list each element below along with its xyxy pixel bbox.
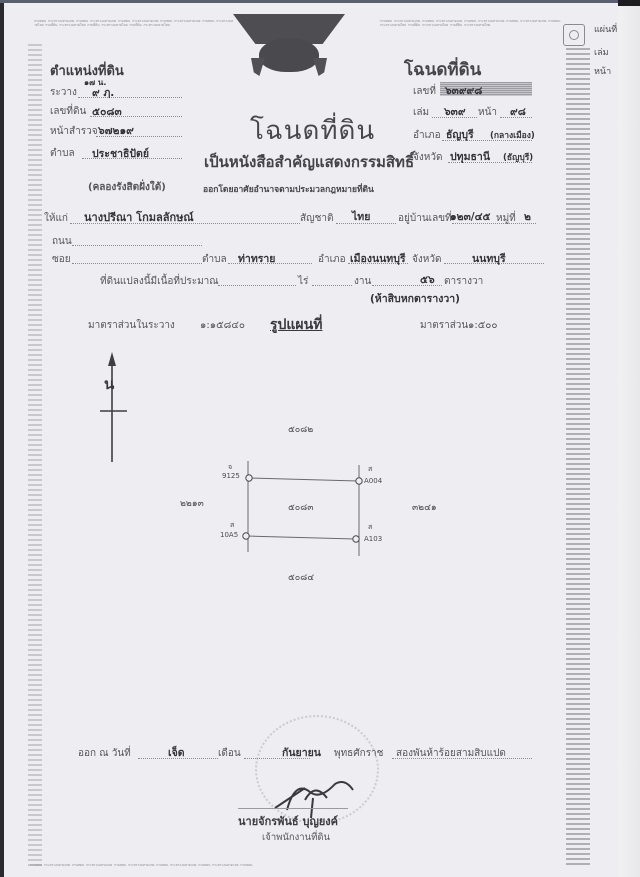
officer-name: นายจักรพันธ์ บุญยงค์ (238, 812, 338, 830)
house-no-label: อยู่บ้านเลขที่ (398, 211, 452, 226)
marker-code-bl: ส (230, 520, 234, 531)
area-wa-label: ตารางวา (444, 274, 483, 289)
canal-note: (คลองรังสิตฝั่งใต้) (88, 180, 166, 195)
area-wa-value: ๕๖ (420, 271, 435, 288)
deed-subtitle: เป็นหนังสือสำคัญแสดงกรรมสิทธิ์ (204, 150, 414, 174)
deed-number-label: เลขที่ (413, 84, 436, 99)
security-border-left (28, 44, 42, 866)
marker-code-br: ส (368, 522, 372, 533)
side-label-sheet: แผ่นที่ (594, 22, 617, 36)
deed-number-value: ๖๓๙๙๘ (445, 82, 482, 99)
deed-title: โฉนดที่ดิน (250, 110, 375, 151)
scan-left-edge (0, 0, 4, 877)
neighbor-south: ๕๐๘๔ (288, 570, 314, 584)
page-value: ๙๘ (510, 103, 526, 120)
parcel-no-value: ๕๐๘๓ (92, 103, 122, 120)
north-letter: น (104, 372, 114, 396)
district-label: อำเภอ (318, 252, 346, 267)
province-label: จังหวัด (412, 252, 441, 267)
subdistrict-label: ตำบล (202, 252, 227, 267)
plan-scale-label: มาตราส่วน (420, 318, 468, 333)
ornament-icon (563, 24, 585, 46)
marker-id-tr: A004 (364, 477, 382, 485)
map-sheet-value: ๙ ฦ. (92, 84, 114, 101)
area-in-words: (ห้าสิบหกตารางวา) (370, 290, 460, 307)
area-rai-label: ไร่ (298, 274, 308, 289)
scan-corner (618, 0, 640, 6)
side-label-book: เล่ม (594, 45, 609, 59)
issue-month: กันยายน (282, 744, 321, 761)
neighbor-north: ๕๐๘๒ (288, 422, 313, 436)
side-label-page: หน้า (594, 64, 611, 78)
district-value: เมืองนนทบุรี (350, 250, 406, 267)
deed-title-right: โฉนดที่ดิน (404, 56, 481, 83)
subdistrict-label-left: ตำบล (50, 146, 75, 161)
book-value: ๖๓๙ (444, 103, 466, 120)
province-label-right: จังหวัด (413, 150, 442, 165)
nationality-value: ไทย (352, 208, 370, 225)
book-label: เล่ม (413, 105, 429, 120)
road-label: ถนน (52, 234, 72, 249)
parcel-no-label: เลขที่ดิน (50, 104, 86, 119)
neighbor-east: ๓๒๔๑ (412, 500, 437, 514)
survey-page-label: หน้าสำรวจ (50, 124, 98, 139)
moo-value: ๒ (524, 208, 531, 225)
owner-name: นางปรีณา โกมลลักษณ์ (84, 208, 194, 226)
page-label: หน้า (478, 105, 497, 120)
marker-id-bl: 10A5 (220, 531, 238, 539)
district-value-right: ธัญบุรี (446, 126, 474, 143)
issue-year: สองพันห้าร้อยสามสิบแปด (396, 746, 506, 761)
plan-title: รูปแผนที่ (270, 314, 322, 336)
marker-code-tr: ส (368, 464, 372, 475)
year-label: พุทธศักราช (334, 746, 383, 761)
soi-label: ซอย (52, 252, 71, 267)
security-border-top-left: กรมที่ดิน กระทรวงมหาดไทย กรมที่ดิน กระทร… (34, 20, 234, 38)
map-scale-label: มาตราส่วนในระวาง (88, 318, 175, 333)
area-ngan-label: งาน (354, 274, 371, 289)
marker-id-tl: 9125 (222, 472, 240, 480)
district-label-right: อำเภอ (413, 128, 441, 143)
house-no-value: ๑๒๓/๔๕ (450, 208, 491, 225)
province-note-right: (ธัญบุรี) (503, 150, 533, 164)
scan-right-margin (618, 0, 640, 877)
officer-title: เจ้าพนักงานที่ดิน (262, 830, 330, 845)
neighbor-west: ๒๒๑๓ (180, 496, 204, 510)
issued-at-label: ออก ณ วันที่ (78, 746, 131, 761)
area-intro: ที่ดินแปลงนี้มีเนื้อที่ประมาณ (100, 274, 219, 289)
map-scale-value: ๑:๑๕๘๔๐ (200, 318, 245, 333)
security-border-bottom: กรมที่ดิน กระทรวงมหาดไทย กรมที่ดิน กระทร… (30, 864, 530, 868)
moo-label: หมู่ที่ (496, 211, 516, 226)
province-value: นนทบุรี (472, 250, 506, 267)
province-value-right: ปทุมธานี (450, 148, 490, 165)
issued-by-law: ออกโดยอาศัยอำนาจตามประมวลกฎหมายที่ดิน (203, 182, 374, 196)
scan-top-edge (0, 0, 640, 3)
issue-day: เจ็ด (168, 744, 185, 761)
nationality-label: สัญชาติ (300, 211, 334, 226)
subdistrict-value: ท่าทราย (238, 250, 275, 267)
parcel-number: ๕๐๘๓ (288, 500, 313, 514)
security-border-right (566, 48, 590, 868)
given-to-label: ให้แก่ (44, 211, 68, 226)
map-sheet-label: ระวาง (50, 85, 77, 100)
survey-page-value: ๖๗๒๑๙ (98, 122, 134, 139)
plan-scale-value: ๑:๕๐๐ (468, 318, 498, 333)
marker-id-br: A103 (364, 535, 382, 543)
deed-page: กรมที่ดิน กระทรวงมหาดไทย กรมที่ดิน กระทร… (0, 0, 640, 877)
security-border-top-right: กรมที่ดิน กระทรวงมหาดไทย กรมที่ดิน กระทร… (380, 20, 563, 38)
garuda-emblem-icon (233, 14, 345, 72)
district-note-right: (กลางเมือง) (490, 128, 535, 142)
subdistrict-value-left: ประชาธิปัตย์ (92, 145, 149, 162)
month-label: เดือน (218, 746, 241, 761)
